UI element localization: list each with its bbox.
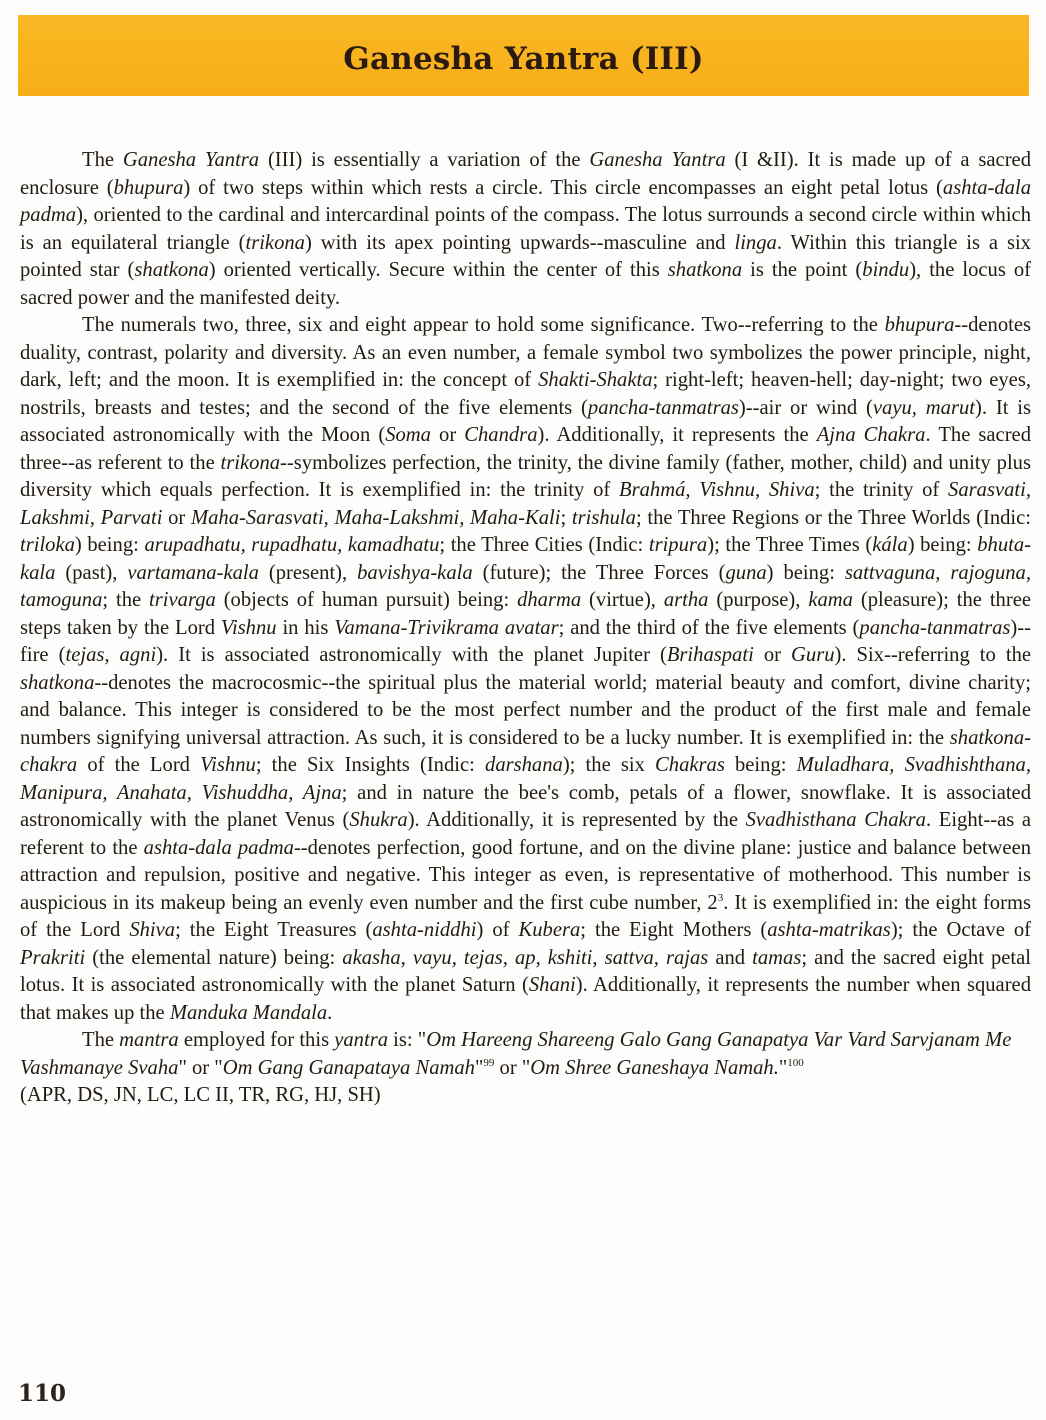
italic-term: arupadhatu, rupadhatu, kamadhatu bbox=[144, 534, 439, 556]
italic-term: Ajna Chakra bbox=[817, 424, 926, 446]
text-run: ; the Eight Treasures ( bbox=[175, 919, 372, 941]
italic-term: yantra bbox=[334, 1029, 388, 1051]
italic-term: trivarga bbox=[149, 589, 216, 611]
italic-term: artha bbox=[664, 589, 709, 611]
text-run: The bbox=[82, 149, 123, 171]
italic-term: Svadhisthana Chakra bbox=[746, 809, 926, 831]
text-run: ); the Octave of bbox=[891, 919, 1031, 941]
italic-term: Shani bbox=[529, 974, 576, 996]
italic-term: pancha-tanmatras bbox=[588, 397, 739, 419]
italic-term: darshana bbox=[485, 754, 563, 776]
text-run: or bbox=[431, 424, 464, 446]
italic-term: triloka bbox=[20, 534, 75, 556]
text-run: ; the Three Regions or the Three Worlds … bbox=[636, 507, 1031, 529]
text-run: ). Additionally, it is represented by th… bbox=[408, 809, 746, 831]
text-run: ) of bbox=[477, 919, 519, 941]
italic-term: kama bbox=[808, 589, 853, 611]
text-run: ; the Eight Mothers ( bbox=[580, 919, 767, 941]
italic-term: Kubera bbox=[519, 919, 581, 941]
italic-term: Manduka Mandala bbox=[170, 1002, 327, 1024]
text-run: is: " bbox=[388, 1029, 426, 1051]
text-run: (virtue), bbox=[581, 589, 664, 611]
italic-term: akasha, vayu, tejas, ap, kshiti, sattva,… bbox=[342, 947, 708, 969]
italic-term: trishula bbox=[572, 507, 636, 529]
text-run: ); the Three Times ( bbox=[707, 534, 872, 556]
text-run: " or " bbox=[178, 1057, 222, 1079]
text-run: (past), bbox=[55, 562, 127, 584]
text-run: (APR, DS, JN, LC, LC II, TR, RG, HJ, SH) bbox=[20, 1084, 381, 1106]
italic-term: Brihaspati bbox=[667, 644, 754, 666]
footnote-reference: 100 bbox=[787, 1057, 804, 1069]
text-run: (future); the Three Forces ( bbox=[473, 562, 726, 584]
italic-term: Vishnu bbox=[221, 617, 277, 639]
text-run: ). Six--referring to the bbox=[835, 644, 1032, 666]
text-run: ) being: bbox=[75, 534, 145, 556]
italic-term: Om Shree Ganeshaya Namah. bbox=[530, 1057, 779, 1079]
text-run: ; bbox=[560, 507, 571, 529]
text-run: ; the Three Cities (Indic: bbox=[439, 534, 648, 556]
text-run: ; the Six Insights (Indic: bbox=[256, 754, 485, 776]
italic-term: tejas, agni bbox=[65, 644, 156, 666]
page-title: Ganesha Yantra (III) bbox=[343, 41, 703, 77]
italic-term: Ganesha Yantra bbox=[123, 149, 259, 171]
italic-term: tamas bbox=[752, 947, 801, 969]
italic-term: kála bbox=[872, 534, 907, 556]
italic-term: vayu, marut bbox=[873, 397, 975, 419]
text-run: ; the trinity of bbox=[815, 479, 948, 501]
text-run: or " bbox=[494, 1057, 530, 1079]
text-run: ); the six bbox=[563, 754, 655, 776]
paragraph-mantra: The mantra employed for this yantra is: … bbox=[20, 1027, 1031, 1110]
italic-term: ashta-matrikas bbox=[767, 919, 891, 941]
text-run: ; and the third of the five elements ( bbox=[559, 617, 860, 639]
italic-term: guna bbox=[725, 562, 766, 584]
text-run: and bbox=[708, 947, 752, 969]
italic-term: Shakti-Shakta bbox=[538, 369, 652, 391]
text-run: ) with its apex pointing upwards--mascul… bbox=[305, 232, 735, 254]
page-number: 110 bbox=[18, 1380, 66, 1407]
italic-term: Soma bbox=[385, 424, 431, 446]
italic-term: shatkona bbox=[20, 672, 94, 694]
italic-term: bindu bbox=[862, 259, 909, 281]
italic-term: shatkona bbox=[134, 259, 208, 281]
italic-term: ashta-niddhi bbox=[372, 919, 476, 941]
italic-term: bhupura bbox=[114, 177, 184, 199]
italic-term: Guru bbox=[791, 644, 834, 666]
text-run: )--air or wind ( bbox=[739, 397, 873, 419]
italic-term: Maha-Sarasvati, Maha-Lakshmi, Maha-Kali bbox=[191, 507, 560, 529]
italic-term: linga bbox=[734, 232, 776, 254]
text-run: (present), bbox=[259, 562, 357, 584]
article-body: The Ganesha Yantra (III) is essentially … bbox=[20, 147, 1031, 1110]
text-run: ). Additionally, it represents the bbox=[538, 424, 817, 446]
text-run: employed for this bbox=[179, 1029, 335, 1051]
italic-term: mantra bbox=[119, 1029, 179, 1051]
italic-term: tripura bbox=[649, 534, 707, 556]
text-run: is the point ( bbox=[742, 259, 862, 281]
italic-term: Ganesha Yantra bbox=[589, 149, 725, 171]
text-run: ). It is associated astronomically with … bbox=[156, 644, 667, 666]
italic-term: shatkona bbox=[668, 259, 742, 281]
text-run: ) of two steps within which rests a circ… bbox=[183, 177, 942, 199]
text-run: or bbox=[754, 644, 791, 666]
italic-term: bavishya-kala bbox=[357, 562, 473, 584]
text-run: (the elemental nature) being: bbox=[85, 947, 342, 969]
text-run: of the Lord bbox=[77, 754, 200, 776]
italic-term: Brahmá, Vishnu, Shiva bbox=[619, 479, 815, 501]
italic-term: Chandra bbox=[464, 424, 537, 446]
italic-term: vartamana-kala bbox=[127, 562, 259, 584]
italic-term: bhupura bbox=[885, 314, 955, 336]
text-run: --denotes the macrocosmic--the spiritual… bbox=[20, 672, 1031, 749]
text-run: being: bbox=[725, 754, 797, 776]
footnote-reference: 99 bbox=[483, 1057, 494, 1069]
text-run: The bbox=[82, 1029, 119, 1051]
italic-term: Vishnu bbox=[200, 754, 256, 776]
italic-term: Chakras bbox=[655, 754, 725, 776]
text-run: The numerals two, three, six and eight a… bbox=[82, 314, 885, 336]
italic-term: ashta-dala padma bbox=[144, 837, 294, 859]
paragraph-intro: The Ganesha Yantra (III) is essentially … bbox=[20, 147, 1031, 312]
text-run: . bbox=[327, 1002, 332, 1024]
text-run: ) being: bbox=[908, 534, 978, 556]
paragraph-numerals: The numerals two, three, six and eight a… bbox=[20, 312, 1031, 1027]
text-run: ) being: bbox=[767, 562, 845, 584]
italic-term: Prakriti bbox=[20, 947, 85, 969]
text-run: (purpose), bbox=[708, 589, 808, 611]
italic-term: pancha-tanmatras bbox=[859, 617, 1010, 639]
italic-term: trikona bbox=[245, 232, 305, 254]
italic-term: dharma bbox=[517, 589, 581, 611]
italic-term: Shukra bbox=[349, 809, 407, 831]
text-run: in his bbox=[277, 617, 335, 639]
text-run: (III) is essentially a variation of the bbox=[259, 149, 589, 171]
italic-term: Vamana-Trivikrama avatar bbox=[334, 617, 558, 639]
italic-term: trikona bbox=[221, 452, 281, 474]
text-run: ; the bbox=[102, 589, 149, 611]
text-run: or bbox=[162, 507, 191, 529]
text-run: (objects of human pursuit) being: bbox=[216, 589, 517, 611]
italic-term: Om Gang Ganapataya Namah bbox=[223, 1057, 475, 1079]
text-run: ) oriented vertically. Secure within the… bbox=[209, 259, 668, 281]
italic-term: Shiva bbox=[129, 919, 175, 941]
chapter-title-banner: Ganesha Yantra (III) bbox=[18, 15, 1029, 96]
